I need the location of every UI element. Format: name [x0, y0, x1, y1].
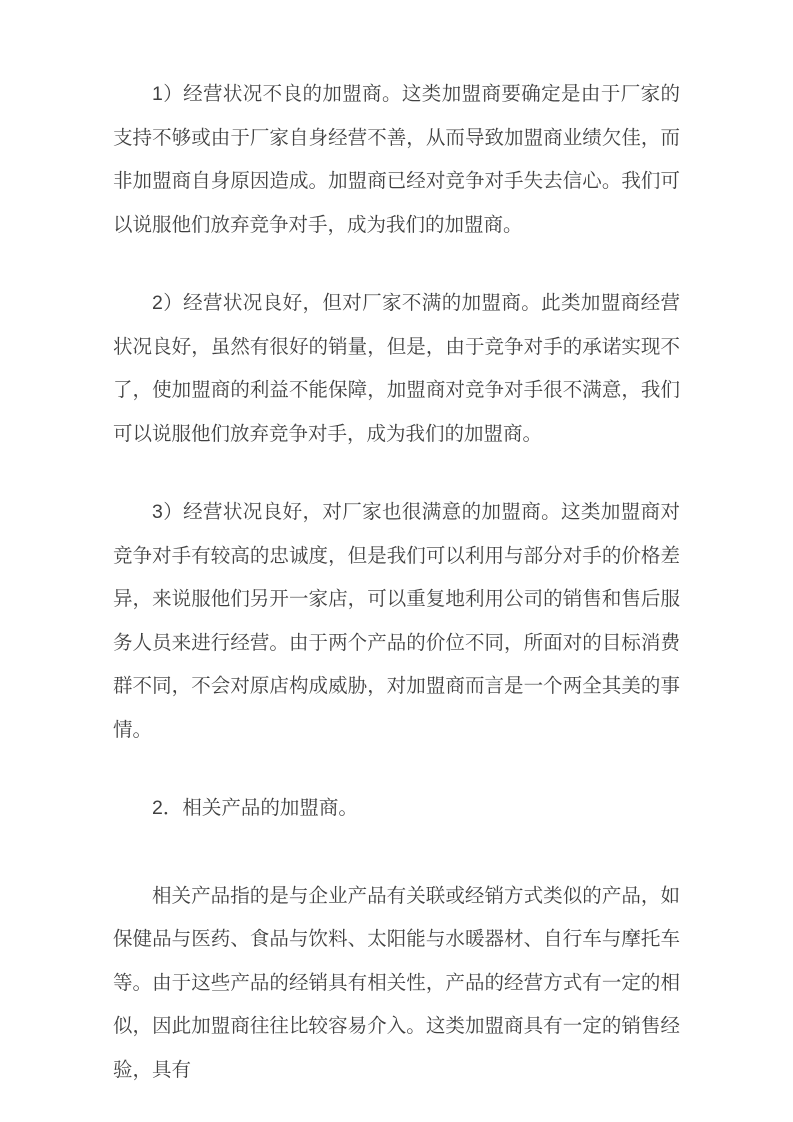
document-page: 1）经营状况不良的加盟商。这类加盟商要确定是由于厂家的支持不够或由于厂家自身经营… — [0, 0, 793, 1122]
section-heading: 2．相关产品的加盟商。 — [113, 787, 680, 831]
paragraph-3: 3）经营状况良好，对厂家也很满意的加盟商。这类加盟商对竞争对手有较高的忠诚度，但… — [113, 491, 680, 752]
paragraph-5: 相关产品指的是与企业产品有关联或经销方式类似的产品，如保健品与医药、食品与饮料、… — [113, 875, 680, 1093]
document-body: 1）经营状况不良的加盟商。这类加盟商要确定是由于厂家的支持不够或由于厂家自身经营… — [0, 0, 793, 1092]
paragraph-2: 2）经营状况良好，但对厂家不满的加盟商。此类加盟商经营状况良好，虽然有很好的销量… — [113, 282, 680, 456]
paragraph-1: 1）经营状况不良的加盟商。这类加盟商要确定是由于厂家的支持不够或由于厂家自身经营… — [113, 73, 680, 247]
